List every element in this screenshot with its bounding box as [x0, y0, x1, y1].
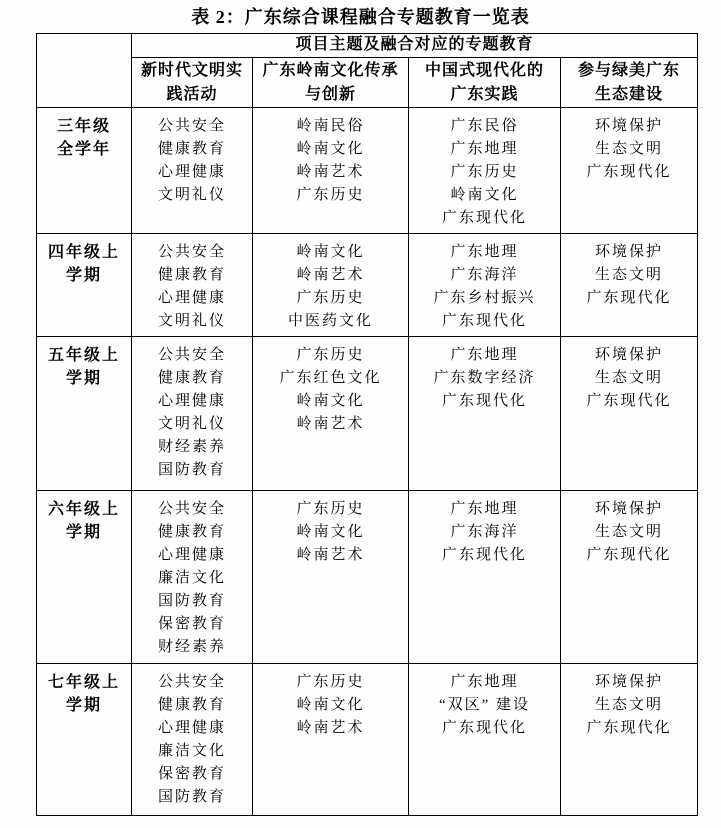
span-header: 项目主题及融合对应的专题教育 [132, 34, 698, 58]
topics-cell: 广东历史 岭南文化 岭南艺术 [253, 491, 409, 664]
topics-cell: 环境保护 生态文明 广东现代化 [561, 108, 698, 234]
grade-cell: 五年级上 学期 [37, 337, 132, 491]
grade-cell: 七年级上 学期 [37, 664, 132, 816]
grade-cell: 六年级上 学期 [37, 491, 132, 664]
curriculum-table: 项目主题及融合对应的专题教育 新时代文明实 践活动 广东岭南文化传承 与创新 中… [36, 33, 698, 816]
topics-cell: 公共安全 健康教育 心理健康 文明礼仪 财经素养 国防教育 [132, 337, 253, 491]
document-page: 表 2：广东综合课程融合专题教育一览表 项目主题及融合对应的专题教育 新时代文明… [0, 0, 721, 828]
topics-cell: 广东民俗 广东地理 广东历史 岭南文化 广东现代化 [409, 108, 561, 234]
topics-cell: 广东历史 岭南文化 岭南艺术 [253, 664, 409, 816]
header-row-span: 项目主题及融合对应的专题教育 [37, 34, 698, 58]
topics-cell: 环境保护 生态文明 广东现代化 [561, 664, 698, 816]
topics-cell: 岭南民俗 岭南文化 岭南艺术 广东历史 [253, 108, 409, 234]
col-header-lingnan-culture: 广东岭南文化传承 与创新 [253, 58, 409, 108]
col-header-chinese-modernization: 中国式现代化的 广东实践 [409, 58, 561, 108]
table-row-grade6: 六年级上 学期 公共安全 健康教育 心理健康 廉洁文化 国防教育 保密教育 财经… [37, 491, 698, 664]
col-header-green-guangdong: 参与绿美广东 生态建设 [561, 58, 698, 108]
topics-cell: 环境保护 生态文明 广东现代化 [561, 234, 698, 337]
topics-cell: 广东地理 广东海洋 广东乡村振兴 广东现代化 [409, 234, 561, 337]
corner-cell [37, 34, 132, 108]
col-header-new-era-practice: 新时代文明实 践活动 [132, 58, 253, 108]
header-row-columns: 新时代文明实 践活动 广东岭南文化传承 与创新 中国式现代化的 广东实践 参与绿… [37, 58, 698, 108]
topics-cell: 岭南文化 岭南艺术 广东历史 中医药文化 [253, 234, 409, 337]
topics-cell: 环境保护 生态文明 广东现代化 [561, 337, 698, 491]
topics-cell: 广东地理 广东海洋 广东现代化 [409, 491, 561, 664]
topics-cell: 公共安全 健康教育 心理健康 廉洁文化 国防教育 保密教育 财经素养 [132, 491, 253, 664]
table-title: 表 2：广东综合课程融合专题教育一览表 [0, 4, 721, 30]
grade-cell: 四年级上 学期 [37, 234, 132, 337]
topics-cell: 广东历史 广东红色文化 岭南文化 岭南艺术 [253, 337, 409, 491]
topics-cell: 环境保护 生态文明 广东现代化 [561, 491, 698, 664]
topics-cell: 公共安全 健康教育 心理健康 廉洁文化 保密教育 国防教育 [132, 664, 253, 816]
topics-cell: 广东地理 广东数字经济 广东现代化 [409, 337, 561, 491]
topics-cell: 公共安全 健康教育 心理健康 文明礼仪 [132, 108, 253, 234]
grade-cell: 三年级 全学年 [37, 108, 132, 234]
table-row-grade3: 三年级 全学年 公共安全 健康教育 心理健康 文明礼仪 岭南民俗 岭南文化 岭南… [37, 108, 698, 234]
table-row-grade5: 五年级上 学期 公共安全 健康教育 心理健康 文明礼仪 财经素养 国防教育 广东… [37, 337, 698, 491]
table-row-grade4: 四年级上 学期 公共安全 健康教育 心理健康 文明礼仪 岭南文化 岭南艺术 广东… [37, 234, 698, 337]
topics-cell: 广东地理 “双区” 建设 广东现代化 [409, 664, 561, 816]
topics-cell: 公共安全 健康教育 心理健康 文明礼仪 [132, 234, 253, 337]
table-row-grade7: 七年级上 学期 公共安全 健康教育 心理健康 廉洁文化 保密教育 国防教育 广东… [37, 664, 698, 816]
